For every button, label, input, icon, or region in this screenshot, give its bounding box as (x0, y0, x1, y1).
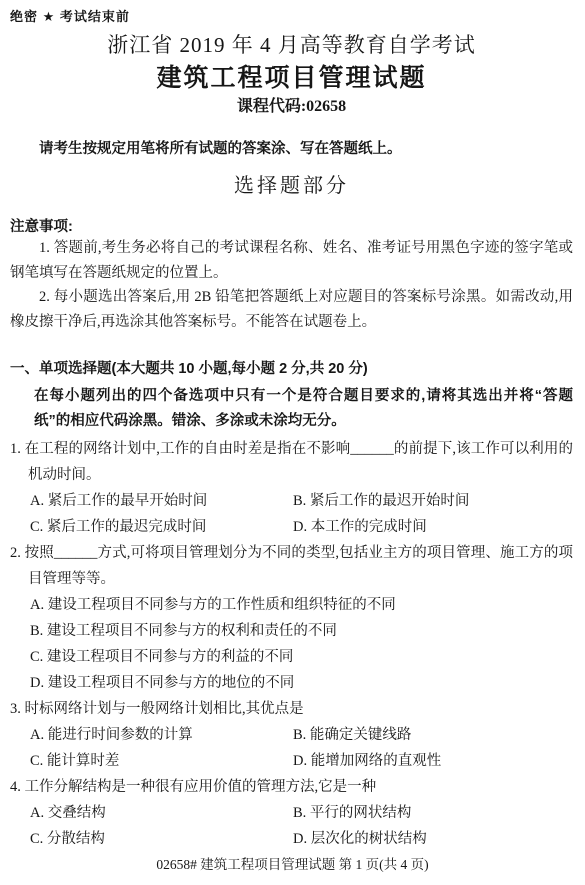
option: C. 建设工程项目不同参与方的利益的不同 (30, 644, 573, 670)
option: C. 分散结构 (30, 826, 293, 852)
option: B. 建设工程项目不同参与方的权利和责任的不同 (30, 618, 573, 644)
question-options: A. 能进行时间参数的计算B. 能确定关键线路C. 能计算时差D. 能增加网络的… (10, 722, 573, 774)
question-stem: 2. 按照______方式,可将项目管理划分为不同的类型,包括业主方的项目管理、… (10, 540, 573, 592)
question-options: A. 交叠结构B. 平行的网状结构C. 分散结构D. 层次化的树状结构 (10, 800, 573, 852)
option: D. 能增加网络的直观性 (293, 748, 573, 774)
option: B. 平行的网状结构 (293, 800, 573, 826)
part-one-heading: 一、单项选择题(本大题共 10 小题,每小题 2 分,共 20 分) (10, 360, 573, 378)
option: C. 紧后工作的最迟完成时间 (30, 514, 293, 540)
part-one-instruction: 在每小题列出的四个备选项中只有一个是符合题目要求的,请将其选出并将“答题纸”的相… (10, 384, 573, 434)
question-options: A. 建设工程项目不同参与方的工作性质和组织特征的不同B. 建设工程项目不同参与… (10, 592, 573, 696)
option: D. 建设工程项目不同参与方的地位的不同 (30, 670, 573, 696)
course-code: 课程代码:02658 (10, 96, 573, 118)
note-item-2: 2. 每小题选出答案后,用 2B 铅笔把答题纸上对应题目的答案标号涂黑。如需改动… (10, 285, 573, 334)
question-item: 4. 工作分解结构是一种很有应用价值的管理方法,它是一种A. 交叠结构B. 平行… (10, 774, 573, 852)
question-item: 2. 按照______方式,可将项目管理划分为不同的类型,包括业主方的项目管理、… (10, 540, 573, 696)
notes-title: 注意事项: (10, 218, 573, 236)
option: B. 能确定关键线路 (293, 722, 573, 748)
option: A. 交叠结构 (30, 800, 293, 826)
option: B. 紧后工作的最迟开始时间 (293, 488, 573, 514)
notes-block: 注意事项: 1. 答题前,考生务必将自己的考试课程名称、姓名、准考证号用黑色字迹… (10, 218, 573, 334)
page-footer: 02658# 建筑工程项目管理试题 第 1 页(共 4 页) (0, 857, 585, 873)
exam-session-title: 浙江省 2019 年 4 月高等教育自学考试 (10, 30, 573, 60)
exam-paper-page: 绝密 ★ 考试结束前 浙江省 2019 年 4 月高等教育自学考试 建筑工程项目… (0, 0, 585, 885)
classification-banner: 绝密 ★ 考试结束前 (10, 8, 573, 26)
section-title: 选择题部分 (10, 172, 573, 200)
paper-title: 建筑工程项目管理试题 (10, 60, 573, 96)
title-block: 浙江省 2019 年 4 月高等教育自学考试 建筑工程项目管理试题 课程代码:0… (10, 30, 573, 118)
option: C. 能计算时差 (30, 748, 293, 774)
question-stem: 3. 时标网络计划与一般网络计划相比,其优点是 (10, 696, 573, 722)
question-stem: 4. 工作分解结构是一种很有应用价值的管理方法,它是一种 (10, 774, 573, 800)
questions-list: 1. 在工程的网络计划中,工作的自由时差是指在不影响______的前提下,该工作… (10, 436, 573, 852)
question-options: A. 紧后工作的最早开始时间B. 紧后工作的最迟开始时间C. 紧后工作的最迟完成… (10, 488, 573, 540)
option: A. 紧后工作的最早开始时间 (30, 488, 293, 514)
note-item-1: 1. 答题前,考生务必将自己的考试课程名称、姓名、准考证号用黑色字迹的签字笔或钢… (10, 236, 573, 285)
question-item: 1. 在工程的网络计划中,工作的自由时差是指在不影响______的前提下,该工作… (10, 436, 573, 540)
option: A. 能进行时间参数的计算 (30, 722, 293, 748)
question-item: 3. 时标网络计划与一般网络计划相比,其优点是A. 能进行时间参数的计算B. 能… (10, 696, 573, 774)
option: D. 本工作的完成时间 (293, 514, 573, 540)
question-stem: 1. 在工程的网络计划中,工作的自由时差是指在不影响______的前提下,该工作… (10, 436, 573, 488)
option: D. 层次化的树状结构 (293, 826, 573, 852)
option: A. 建设工程项目不同参与方的工作性质和组织特征的不同 (30, 592, 573, 618)
answer-sheet-instruction: 请考生按规定用笔将所有试题的答案涂、写在答题纸上。 (10, 140, 573, 158)
